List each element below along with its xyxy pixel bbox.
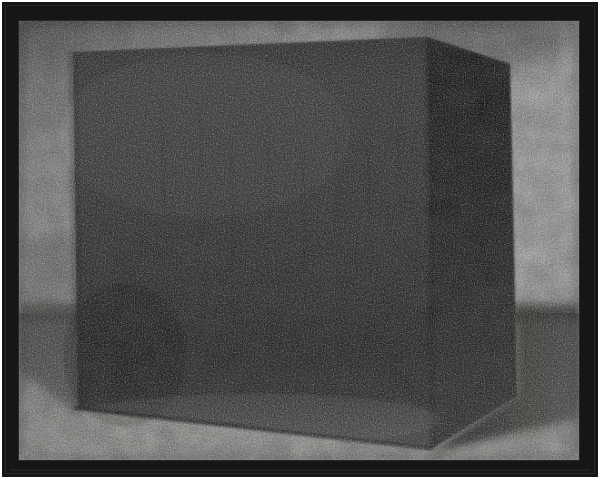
light-speck-texture [19,21,579,460]
framed-artwork [0,0,600,479]
artwork-page [0,0,600,479]
photograph [19,12,579,460]
